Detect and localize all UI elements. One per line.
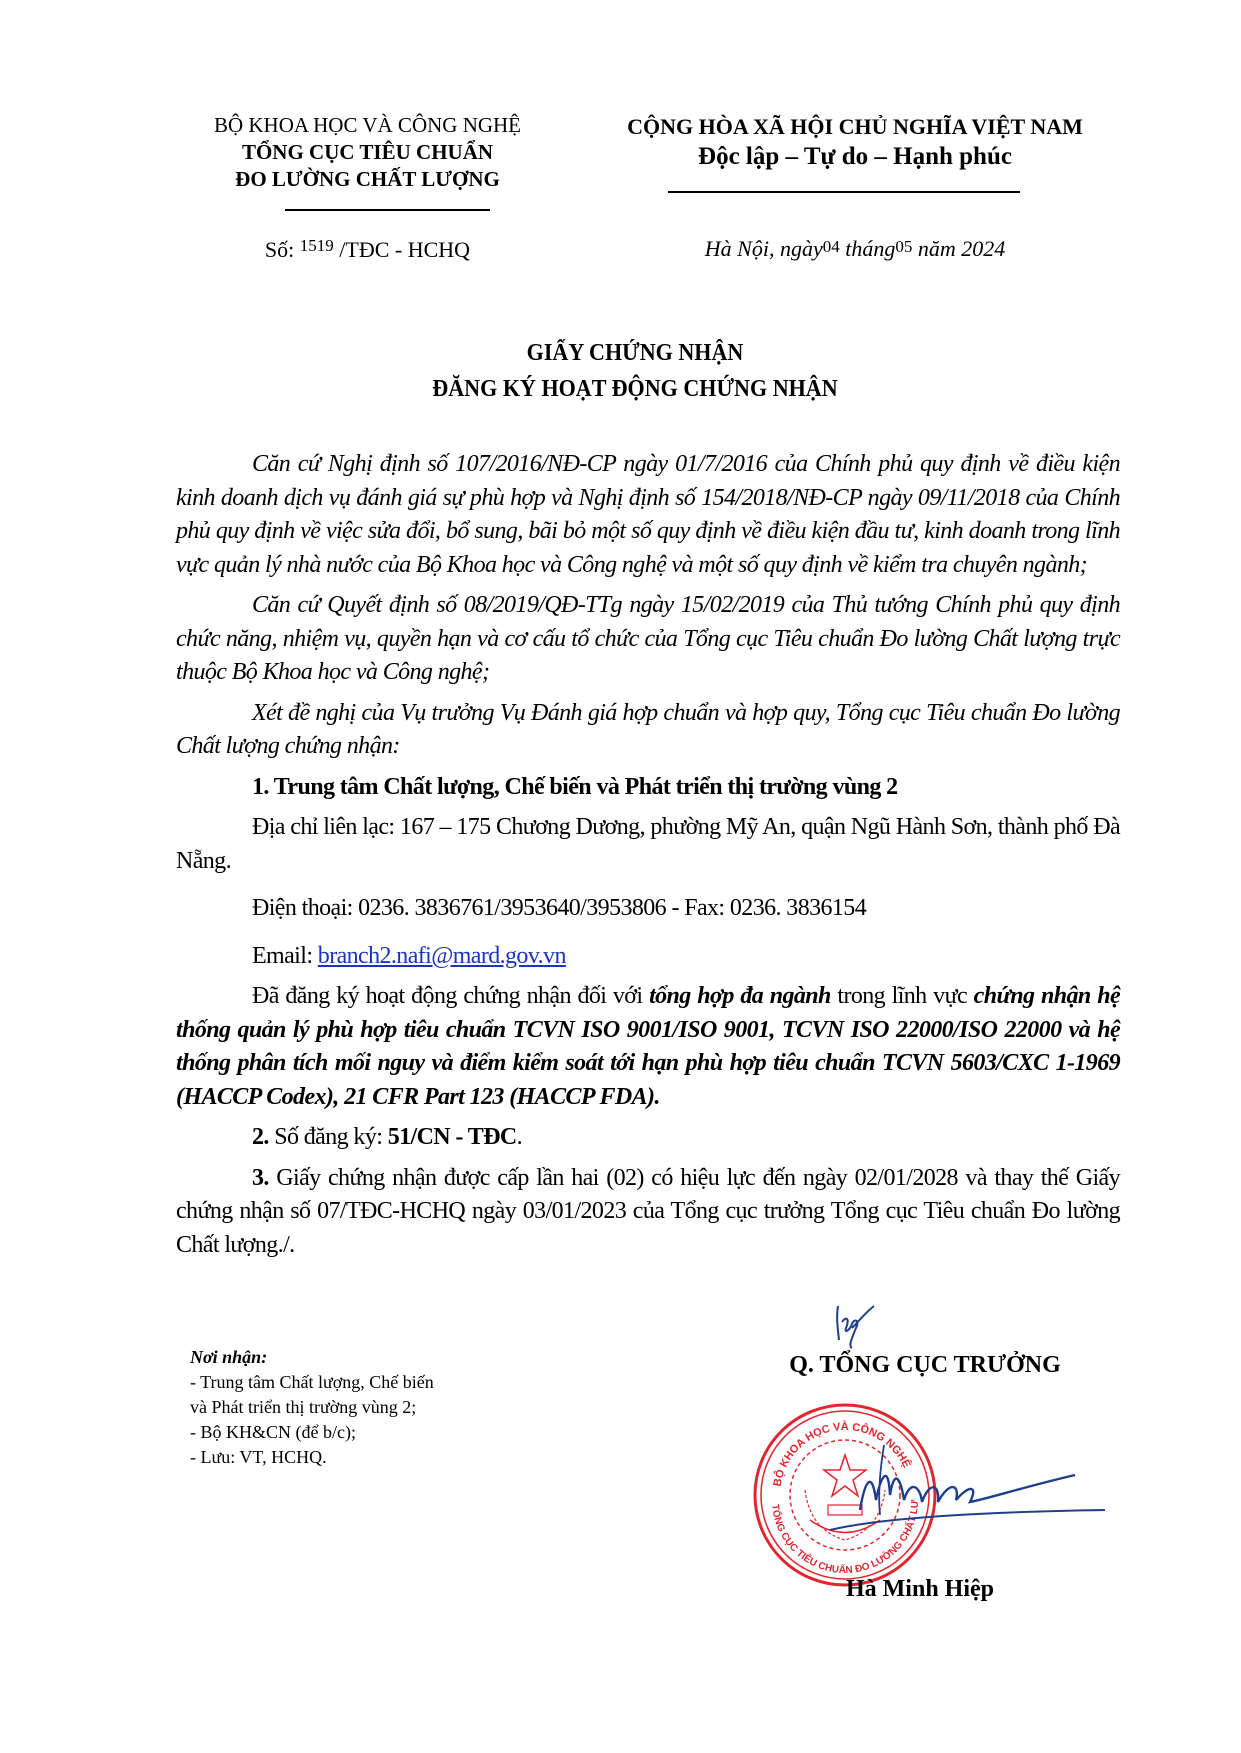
certification-scope: Đã đăng ký hoạt động chứng nhận đối với … — [176, 980, 1120, 1114]
doc-number-label: Số: — [265, 237, 294, 262]
date-month: 05 — [895, 237, 912, 256]
header-left-divider — [285, 209, 490, 211]
document-title: GIẤY CHỨNG NHẬN ĐĂNG KÝ HOẠT ĐỘNG CHỨNG … — [198, 335, 1072, 407]
recipients-label: Nơi nhận: — [190, 1345, 550, 1370]
recipient-item: - Lưu: VT, HCHQ. — [190, 1445, 550, 1470]
document-number: Số: 1519 /TĐC - HCHQ — [160, 236, 575, 263]
country-name: CỘNG HÒA XÃ HỘI CHỦ NGHĨA VIỆT NAM — [575, 112, 1135, 142]
title-line2: ĐĂNG KÝ HOẠT ĐỘNG CHỨNG NHẬN — [198, 371, 1072, 407]
item3-number: 3. — [252, 1165, 269, 1191]
scope-mid: trong lĩnh vực — [837, 983, 967, 1009]
legal-basis-2: Căn cứ Quyết định số 08/2019/QĐ-TTg ngày… — [176, 589, 1120, 690]
registration-number: 2. Số đăng ký: 51/CN - TĐC. — [176, 1121, 1120, 1155]
contact-phone: Điện thoại: 0236. 3836761/3953640/395380… — [176, 892, 1120, 926]
item1-heading: 1. Trung tâm Chất lượng, Chế biến và Phá… — [176, 771, 1120, 805]
agency-name-line1: TỔNG CỤC TIÊU CHUẨN — [160, 139, 575, 166]
doc-number-suffix: /TĐC - HCHQ — [339, 237, 470, 262]
registration-value: 51/CN - TĐC — [388, 1124, 517, 1150]
date-year: năm 2024 — [918, 236, 1005, 261]
document-body: Căn cứ Nghị định số 107/2016/NĐ-CP ngày … — [176, 448, 1120, 1262]
recipient-item: và Phát triển thị trường vùng 2; — [190, 1395, 550, 1420]
national-motto: Độc lập – Tự do – Hạnh phúc — [575, 142, 1135, 172]
doc-number-value: 1519 — [300, 236, 334, 255]
recipient-item: - Trung tâm Chất lượng, Chế biến — [190, 1370, 550, 1395]
document-date: Hà Nội, ngày04 tháng05 năm 2024 — [575, 236, 1135, 262]
validity-statement: 3. Giấy chứng nhận được cấp lần hai (02)… — [176, 1162, 1120, 1263]
scope-field: tổng hợp đa ngành — [649, 983, 831, 1009]
date-month-label: tháng — [845, 236, 895, 261]
recipient-item: - Bộ KH&CN (để b/c); — [190, 1420, 550, 1445]
ministry-name: BỘ KHOA HỌC VÀ CÔNG NGHỆ — [160, 112, 575, 139]
item2-label: Số đăng ký: — [274, 1124, 382, 1150]
issuing-agency-block: BỘ KHOA HỌC VÀ CÔNG NGHỆ TỔNG CỤC TIÊU C… — [160, 112, 575, 193]
date-day: 04 — [823, 237, 840, 256]
title-line1: GIẤY CHỨNG NHẬN — [198, 335, 1072, 371]
contact-address: Địa chỉ liên lạc: 167 – 175 Chương Dương… — [176, 811, 1120, 878]
legal-basis-1: Căn cứ Nghị định số 107/2016/NĐ-CP ngày … — [176, 448, 1120, 582]
recipients-block: Nơi nhận: - Trung tâm Chất lượng, Chế bi… — [190, 1345, 550, 1470]
item2-number: 2. — [252, 1124, 269, 1150]
initial-mark-icon — [830, 1300, 880, 1350]
contact-email-line: Email: branch2.nafi@mard.gov.vn — [176, 940, 1120, 974]
email-label: Email: — [252, 943, 312, 969]
legal-basis-3: Xét đề nghị của Vụ trưởng Vụ Đánh giá hợ… — [176, 697, 1120, 764]
agency-name-line2: ĐO LƯỜNG CHẤT LƯỢNG — [160, 166, 575, 193]
national-header-block: CỘNG HÒA XÃ HỘI CHỦ NGHĨA VIỆT NAM Độc l… — [575, 112, 1135, 172]
header-right-divider — [668, 191, 1020, 193]
item3-text: Giấy chứng nhận được cấp lần hai (02) có… — [176, 1165, 1120, 1258]
handwritten-signature-icon — [780, 1440, 1110, 1550]
date-place: Hà Nội, ngày — [705, 236, 823, 261]
scope-prefix: Đã đăng ký hoạt động chứng nhận đối với — [252, 983, 642, 1009]
signer-name: Hà Minh Hiệp — [800, 1576, 1040, 1603]
signer-title: Q. TỔNG CỤC TRƯỞNG — [715, 1352, 1135, 1379]
item2-period: . — [517, 1124, 522, 1150]
email-link[interactable]: branch2.nafi@mard.gov.vn — [318, 943, 566, 969]
